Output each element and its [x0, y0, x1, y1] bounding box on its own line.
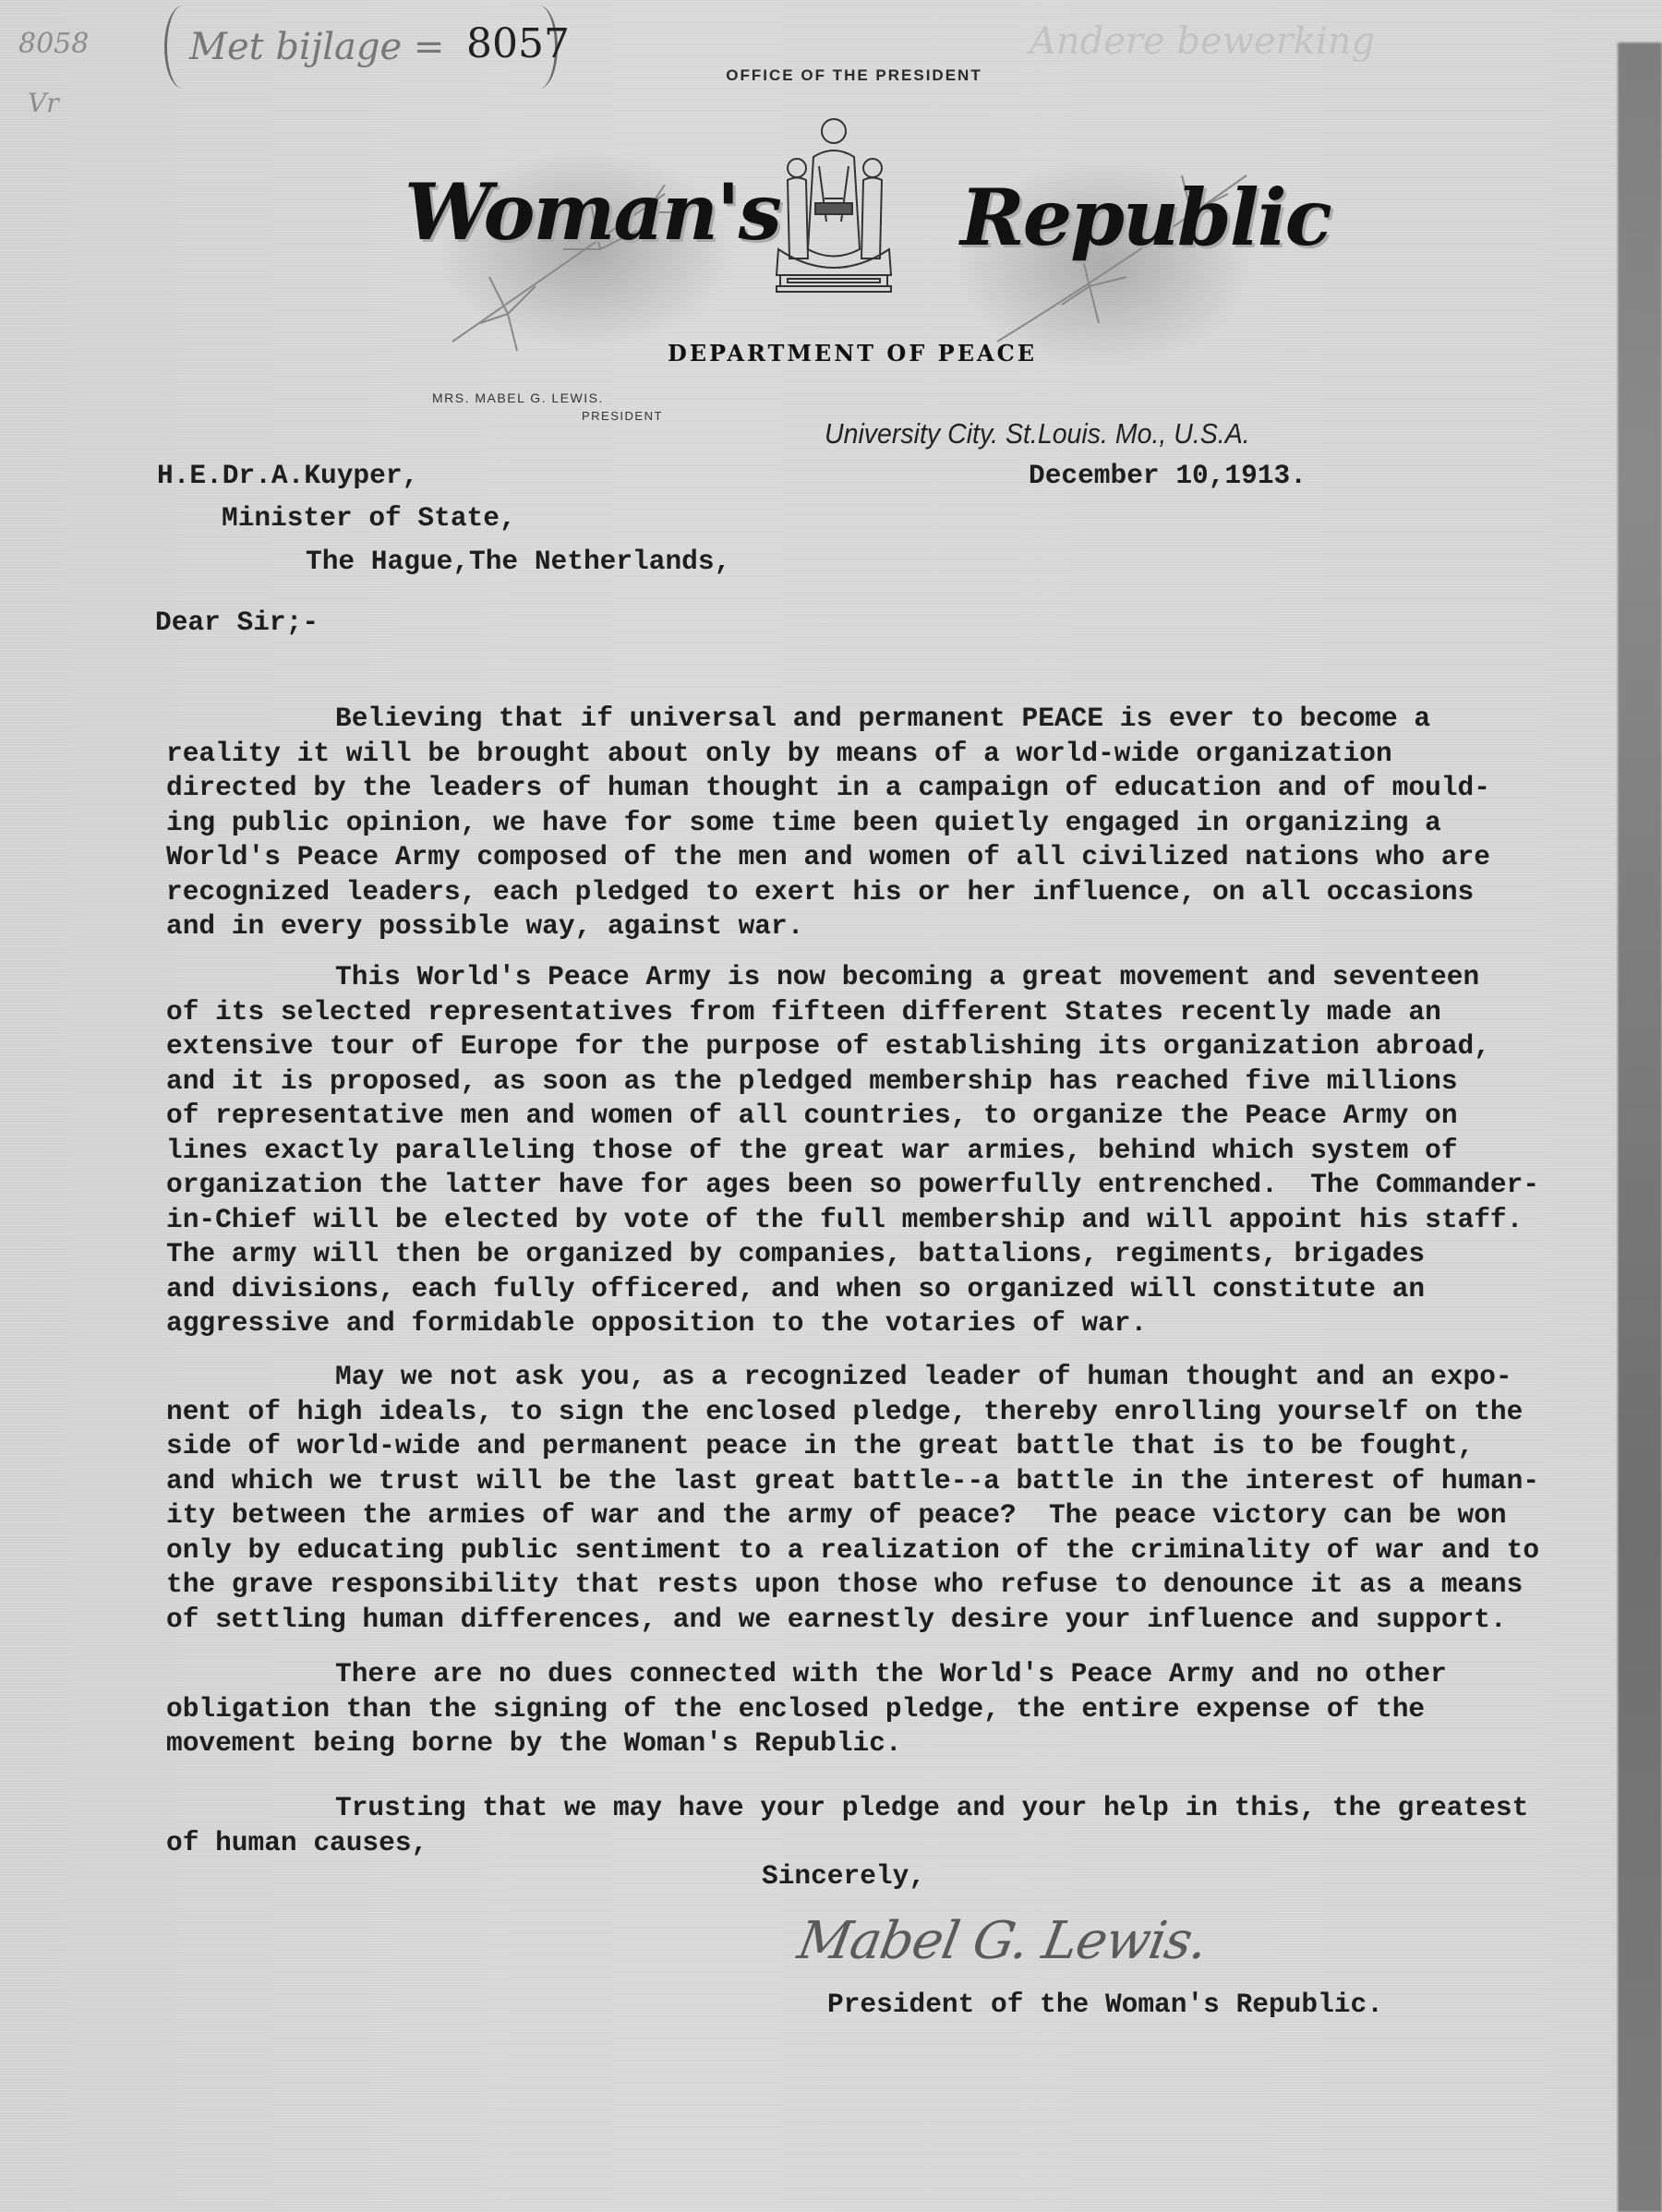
- recipient-line-2: Minister of State,: [222, 501, 516, 535]
- paragraph-3-line: side of world-wide and permanent peace i…: [166, 1429, 1474, 1463]
- salutation: Dear Sir;-: [155, 606, 319, 640]
- paragraph-1-line: recognized leaders, each pledged to exer…: [166, 875, 1474, 909]
- letter-date: December 10,1913.: [1029, 459, 1307, 493]
- paragraph-2-line: of its selected representatives from fif…: [166, 995, 1441, 1029]
- recipient-line-1: H.E.Dr.A.Kuyper,: [157, 459, 418, 493]
- letterhead-name-right: Republic: [960, 172, 1331, 263]
- president-name: MRS. MABEL G. LEWIS.: [432, 391, 604, 405]
- paragraph-2-line: This World's Peace Army is now becoming …: [335, 960, 1479, 994]
- paragraph-3-line: only by educating public sentiment to a …: [166, 1533, 1539, 1568]
- paragraph-3-line: nent of high ideals, to sign the enclose…: [166, 1395, 1523, 1429]
- scan-edge-shadow: [1618, 42, 1662, 2212]
- paragraph-4-line: movement being borne by the Woman's Repu…: [166, 1726, 902, 1761]
- letterhead-address: University City. St.Louis. Mo., U.S.A.: [825, 417, 1250, 451]
- paragraph-3-line: May we not ask you, as a recognized lead…: [335, 1360, 1512, 1394]
- paragraph-3-line: ity between the armies of war and the ar…: [166, 1498, 1507, 1533]
- faint-pencil-note: Andere bewerking: [1030, 20, 1375, 63]
- office-heading: OFFICE OF THE PRESIDENT: [0, 66, 1662, 85]
- paragraph-2-line: of representative men and women of all c…: [166, 1099, 1458, 1133]
- paragraph-2-line: aggressive and formidable opposition to …: [166, 1306, 1147, 1340]
- paragraph-5-line: of human causes,: [166, 1826, 428, 1860]
- bracketed-note-number: 8057: [466, 20, 570, 67]
- handwritten-signature: Mabel G. Lewis.: [793, 1911, 1211, 1971]
- paragraph-1-line: and in every possible way, against war.: [166, 909, 803, 944]
- signatory-title: President of the Woman's Republic.: [827, 1988, 1383, 2022]
- paragraph-4-line: obligation than the signing of the enclo…: [166, 1692, 1425, 1726]
- margin-note-left-sub: Vr: [28, 88, 59, 118]
- paragraph-1-line: directed by the leaders of human thought…: [166, 771, 1490, 805]
- paragraph-3-line: of settling human differences, and we ea…: [166, 1603, 1507, 1637]
- letter-page: 8058 Vr Met bijlage = 8057 Andere bewerk…: [0, 0, 1662, 2212]
- paragraph-2-line: organization the latter have for ages be…: [166, 1168, 1539, 1202]
- recipient-line-3: The Hague,The Netherlands,: [306, 545, 730, 579]
- paragraph-1-line: reality it will be brought about only by…: [166, 737, 1392, 771]
- paragraph-1-line: World's Peace Army composed of the men a…: [166, 840, 1490, 874]
- letterhead-name-left: Woman's: [404, 166, 780, 258]
- paragraph-1-line: Believing that if universal and permanen…: [335, 702, 1430, 736]
- paragraph-5-line: Trusting that we may have your pledge an…: [335, 1791, 1528, 1825]
- margin-note-left: 8058: [18, 28, 89, 60]
- paragraph-2-line: The army will then be organized by compa…: [166, 1237, 1425, 1271]
- president-title: PRESIDENT: [582, 409, 663, 423]
- paragraph-2-line: and it is proposed, as soon as the pledg…: [166, 1064, 1458, 1099]
- closing: Sincerely,: [762, 1859, 925, 1893]
- paragraph-3-line: and which we trust will be the last grea…: [166, 1464, 1539, 1498]
- paragraph-4-line: There are no dues connected with the Wor…: [335, 1657, 1447, 1691]
- paragraph-3-line: the grave responsibility that rests upon…: [166, 1568, 1523, 1602]
- paragraph-2-line: and divisions, each fully officered, and…: [166, 1272, 1425, 1306]
- paragraph-2-line: extensive tour of Europe for the purpose…: [166, 1029, 1490, 1064]
- paragraph-2-line: lines exactly paralleling those of the g…: [166, 1134, 1458, 1168]
- paragraph-2-line: in-Chief will be elected by vote of the …: [166, 1203, 1523, 1237]
- department-heading: DEPARTMENT OF PEACE: [0, 340, 1662, 367]
- seated-woman-emblem-icon: [760, 111, 908, 305]
- paragraph-1-line: ing public opinion, we have for some tim…: [166, 806, 1441, 840]
- bracketed-note-text: Met bijlage =: [189, 26, 444, 68]
